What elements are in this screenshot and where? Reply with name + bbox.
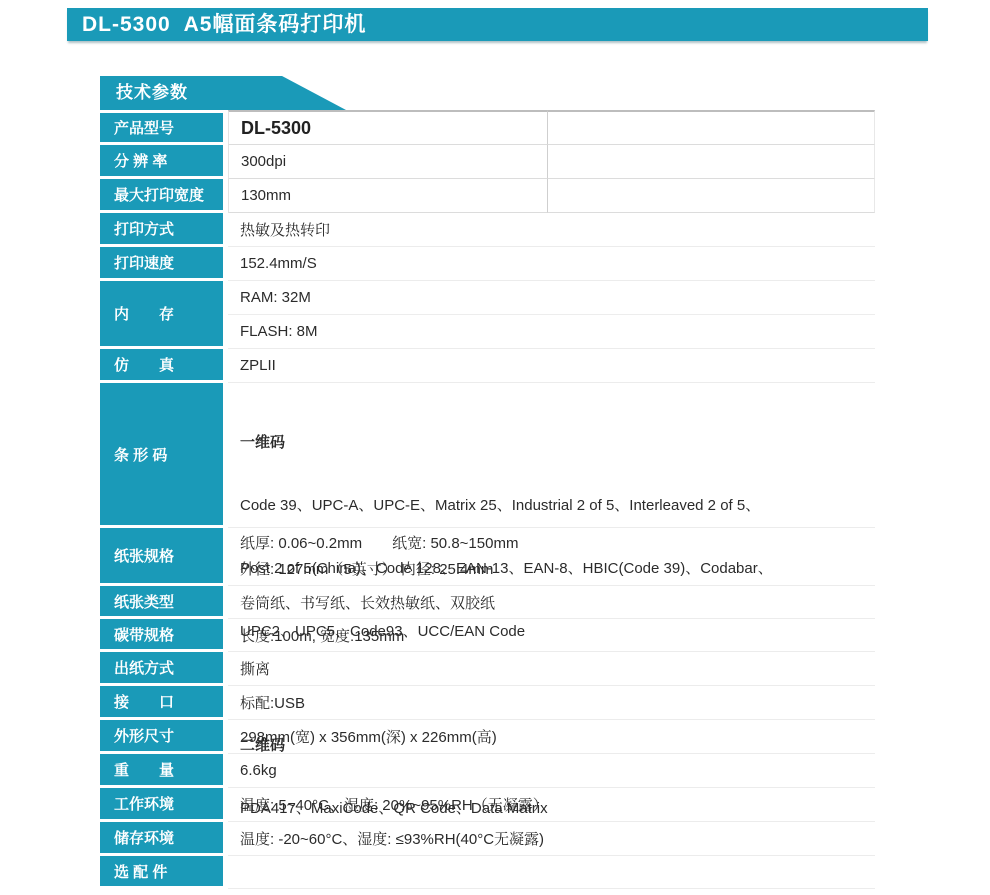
paper-spec-line: 外径: 127mm（5英寸） 内径: 25.4mm bbox=[240, 557, 493, 583]
section-header-label: 技术参数 bbox=[116, 83, 188, 102]
options-value bbox=[228, 856, 875, 889]
row-label-barcode: 条 形 码 bbox=[100, 383, 223, 528]
empty-cell bbox=[547, 145, 875, 179]
section-header-tab: 技术参数 bbox=[100, 76, 346, 110]
row-label-resolution: 分 辨 率 bbox=[100, 145, 223, 179]
operating-env-value: 温度: 5~40°C、湿度: 20%~95%RH（无凝露） bbox=[228, 788, 875, 822]
table-row-ribbon-spec: 碳带规格 长度:100m, 宽度:135mm bbox=[100, 619, 875, 652]
spec-table: 产品型号 DL-5300 分 辨 率 300dpi 最大打印宽度 130mm 打… bbox=[100, 110, 875, 889]
row-label-print-speed: 打印速度 bbox=[100, 247, 223, 281]
row-value-paper-spec: 纸厚: 0.06~0.2mm 纸宽: 50.8~150mm 外径: 127mm（… bbox=[228, 528, 875, 586]
row-label-storage-env: 储存环境 bbox=[100, 822, 223, 856]
print-speed-value: 152.4mm/S bbox=[228, 247, 875, 281]
weight-value: 6.6kg bbox=[228, 754, 875, 788]
row-label-memory: 内 存 bbox=[100, 281, 223, 349]
interface-value: 标配:USB bbox=[228, 686, 875, 720]
paper-spec-line: 纸厚: 0.06~0.2mm 纸宽: 50.8~150mm bbox=[240, 531, 518, 557]
memory-ram-value: RAM: 32M bbox=[228, 281, 875, 315]
row-label-product-model: 产品型号 bbox=[100, 110, 223, 145]
memory-flash-value: FLASH: 8M bbox=[228, 315, 875, 348]
ribbon-spec-value: 长度:100m, 宽度:135mm bbox=[228, 619, 875, 652]
empty-cell bbox=[547, 179, 875, 213]
row-label-ribbon-spec: 碳带规格 bbox=[100, 619, 223, 652]
product-model-value: DL-5300 bbox=[228, 110, 547, 145]
table-row-emulation: 仿 真 ZPLII bbox=[100, 349, 875, 383]
resolution-value: 300dpi bbox=[228, 145, 547, 179]
row-label-max-print-width: 最大打印宽度 bbox=[100, 179, 223, 213]
row-label-operating-env: 工作环境 bbox=[100, 788, 223, 822]
row-label-paper-type: 纸张类型 bbox=[100, 586, 223, 619]
table-row-memory: 内 存 RAM: 32M FLASH: 8M bbox=[100, 281, 875, 349]
row-label-interface: 接 口 bbox=[100, 686, 223, 720]
table-row-interface: 接 口 标配:USB bbox=[100, 686, 875, 720]
row-label-dimensions: 外形尺寸 bbox=[100, 720, 223, 754]
table-row-dimensions: 外形尺寸 298mm(宽) x 356mm(深) x 226mm(高) bbox=[100, 720, 875, 754]
row-value-product-model: DL-5300 bbox=[228, 110, 875, 145]
table-row-product-model: 产品型号 DL-5300 bbox=[100, 110, 875, 145]
barcode-1d-line: Code 39、UPC-A、UPC-E、Matrix 25、Industrial… bbox=[240, 495, 863, 516]
page-title: DL-5300 A5幅面条码打印机 bbox=[67, 8, 928, 41]
table-row-paper-type: 纸张类型 卷筒纸、书写纸、长效热敏纸、双胶纸 bbox=[100, 586, 875, 619]
row-value-max-print-width: 130mm bbox=[228, 179, 875, 213]
row-label-weight: 重 量 bbox=[100, 754, 223, 788]
dimensions-value: 298mm(宽) x 356mm(深) x 226mm(高) bbox=[228, 720, 875, 754]
table-row-options: 选 配 件 bbox=[100, 856, 875, 889]
table-row-resolution: 分 辨 率 300dpi bbox=[100, 145, 875, 179]
paper-out-mode-value: 撕离 bbox=[228, 652, 875, 686]
row-label-emulation: 仿 真 bbox=[100, 349, 223, 383]
row-label-paper-spec: 纸张规格 bbox=[100, 528, 223, 586]
table-row-operating-env: 工作环境 温度: 5~40°C、湿度: 20%~95%RH（无凝露） bbox=[100, 788, 875, 822]
row-value-memory: RAM: 32M FLASH: 8M bbox=[228, 281, 875, 349]
spec-sheet-page: DL-5300 A5幅面条码打印机 技术参数 产品型号 DL-5300 分 辨 … bbox=[0, 0, 990, 895]
storage-env-value: 温度: -20~60°C、湿度: ≤93%RH(40°C无凝露) bbox=[228, 822, 875, 856]
table-row-barcode: 条 形 码 一维码 Code 39、UPC-A、UPC-E、Matrix 25、… bbox=[100, 383, 875, 528]
table-row-storage-env: 储存环境 温度: -20~60°C、湿度: ≤93%RH(40°C无凝露) bbox=[100, 822, 875, 856]
paper-type-value: 卷筒纸、书写纸、长效热敏纸、双胶纸 bbox=[228, 586, 875, 619]
table-row-weight: 重 量 6.6kg bbox=[100, 754, 875, 788]
table-row-max-print-width: 最大打印宽度 130mm bbox=[100, 179, 875, 213]
table-row-paper-out-mode: 出纸方式 撕离 bbox=[100, 652, 875, 686]
row-value-resolution: 300dpi bbox=[228, 145, 875, 179]
max-print-width-value: 130mm bbox=[228, 179, 547, 213]
empty-cell bbox=[547, 110, 875, 145]
row-value-barcode: 一维码 Code 39、UPC-A、UPC-E、Matrix 25、Indust… bbox=[228, 383, 875, 528]
row-label-options: 选 配 件 bbox=[100, 856, 223, 889]
table-row-paper-spec: 纸张规格 纸厚: 0.06~0.2mm 纸宽: 50.8~150mm 外径: 1… bbox=[100, 528, 875, 586]
table-row-print-method: 打印方式 热敏及热转印 bbox=[100, 213, 875, 247]
row-label-paper-out-mode: 出纸方式 bbox=[100, 652, 223, 686]
print-method-value: 热敏及热转印 bbox=[228, 213, 875, 247]
row-label-print-method: 打印方式 bbox=[100, 213, 223, 247]
barcode-1d-heading: 一维码 bbox=[240, 432, 863, 453]
emulation-value: ZPLII bbox=[228, 349, 875, 383]
table-row-print-speed: 打印速度 152.4mm/S bbox=[100, 247, 875, 281]
